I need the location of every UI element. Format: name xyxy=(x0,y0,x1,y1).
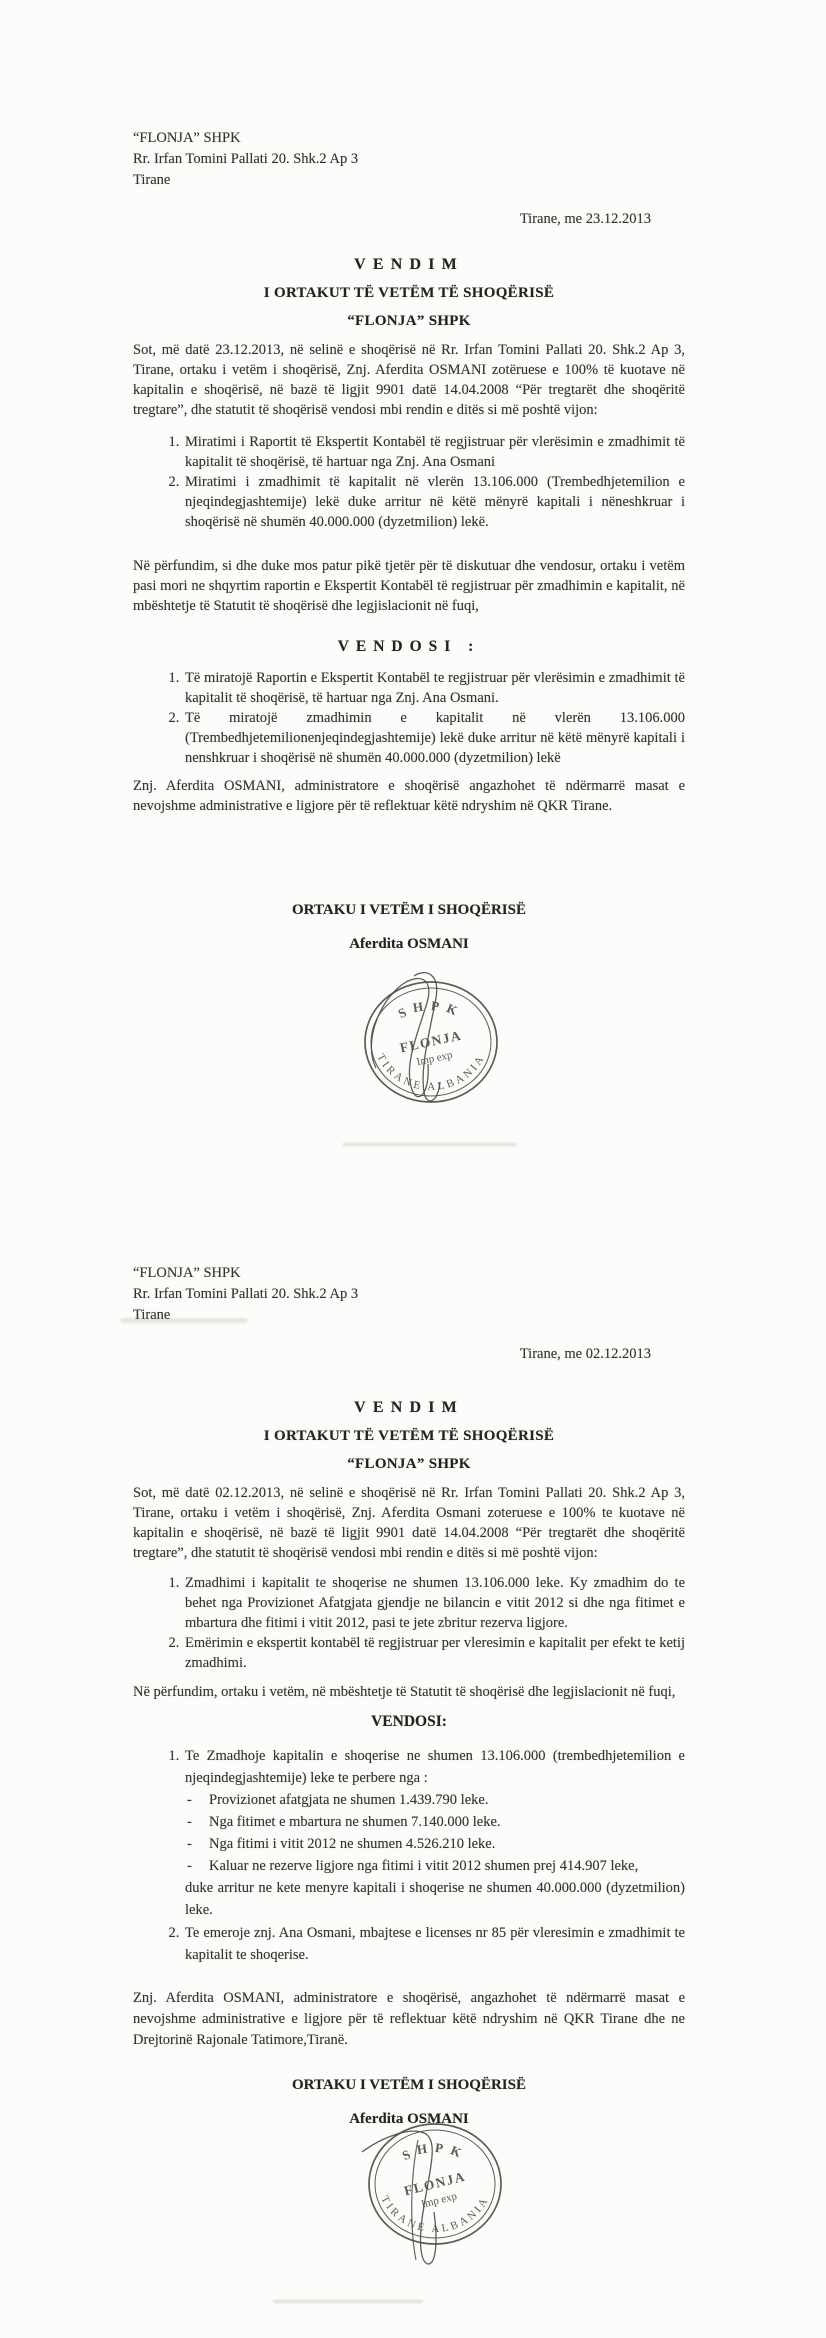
seal-top-text: SHPK xyxy=(396,998,467,1021)
document-subtitle: I ORTAKUT TË VETËM TË SHOQËRISË xyxy=(133,1426,685,1447)
scan-smudge xyxy=(343,1143,517,1146)
dateline: Tirane, me 23.12.2013 xyxy=(133,209,685,230)
decision-tail: duke arritur ne kete menyre kapitali i s… xyxy=(185,1877,685,1921)
seal-activity-text: Imp exp xyxy=(416,1049,455,1068)
decision-subitem-text: Kaluar ne rezerve ligjore nga fitimi i v… xyxy=(209,1855,638,1877)
company-city: Tirane xyxy=(133,170,685,191)
decision-subitem-text: Nga fitimet e mbartura ne shumen 7.140.0… xyxy=(209,1811,501,1833)
company-seal-stamp: SHPK TIRANE ALBANIA FLONJA Imp exp xyxy=(360,2114,510,2264)
signatory-name: Aferdita OSMANI xyxy=(133,934,685,955)
company-seal-stamp: SHPK TIRANE ALBANIA FLONJA Imp exp xyxy=(356,972,506,1122)
scanned-decision-page: “FLONJA” SHPK Rr. Irfan Tomini Pallati 2… xyxy=(0,0,826,2338)
intro-paragraph: Sot, më datë 23.12.2013, në selinë e sho… xyxy=(133,340,685,420)
agenda-list: Miratimi i Raportit të Ekspertit Kontabë… xyxy=(133,432,685,532)
document-title: VENDIM xyxy=(133,1397,685,1419)
seal-outer-ring xyxy=(365,982,497,1102)
seal-inner-ring xyxy=(371,988,491,1096)
decision-lead: Te Zmadhoje kapitalin e shoqerise ne shu… xyxy=(185,1748,685,1786)
decision-subitem: - Provizionet afatgjata ne shumen 1.439.… xyxy=(187,1789,685,1811)
seal-bottom-text: TIRANE ALBANIA xyxy=(378,2194,491,2235)
administrator-note: Znj. Aferdita OSMANI, administratore e s… xyxy=(133,776,685,816)
document-title: VENDIM xyxy=(133,254,685,276)
scan-smudge xyxy=(273,2300,423,2303)
dateline: Tirane, me 02.12.2013 xyxy=(133,1344,685,1365)
decision-list: Të miratojë Raportin e Ekspertit Kontabë… xyxy=(133,668,685,768)
document-subtitle-company: “FLONJA” SHPK xyxy=(133,311,685,332)
svg-text:SHPK: SHPK xyxy=(396,998,467,1021)
decision-text: Te emeroje znj. Ana Osmani, mbajtese e l… xyxy=(185,1925,685,1963)
svg-text:TIRANE ALBANIA: TIRANE ALBANIA xyxy=(374,1052,487,1093)
signature-scribble xyxy=(414,973,440,1101)
company-name: “FLONJA” SHPK xyxy=(133,128,685,149)
seal-top-text: SHPK xyxy=(400,2140,471,2163)
seal-inner-ring xyxy=(375,2130,495,2238)
decision-subitem: - Nga fitimi i vitit 2012 ne shumen 4.52… xyxy=(187,1833,685,1855)
closing-intro: Në përfundim, ortaku i vetëm, në mbështe… xyxy=(133,1682,685,1702)
agenda-item: Zmadhimi i kapitalit te shoqerise ne shu… xyxy=(183,1573,685,1633)
seal-company-text: FLONJA xyxy=(403,2169,468,2199)
decision-item: Të miratojë Raportin e Ekspertit Kontabë… xyxy=(183,668,685,708)
signature-title: ORTAKU I VETËM I SHOQËRISË xyxy=(133,900,685,921)
dash-bullet: - xyxy=(187,1789,209,1811)
decision-subitem-text: Provizionet afatgjata ne shumen 1.439.79… xyxy=(209,1789,488,1811)
scan-smudge xyxy=(120,1318,248,1323)
decision-subitem: - Nga fitimet e mbartura ne shumen 7.140… xyxy=(187,1811,685,1833)
agenda-item: Emërimin e ekspertit kontabël të regjist… xyxy=(183,1633,685,1673)
seal-company-text: FLONJA xyxy=(399,1028,464,1056)
company-address: Rr. Irfan Tomini Pallati 20. Shk.2 Ap 3 xyxy=(133,1284,685,1305)
svg-text:SHPK: SHPK xyxy=(400,2140,471,2163)
seal-outer-ring xyxy=(369,2124,501,2244)
agenda-item: Miratimi i zmadhimit të kapitalit në vle… xyxy=(183,472,685,532)
administrator-note: Znj. Aferdita OSMANI, administratore e s… xyxy=(133,1988,685,2051)
decision-document-2: “FLONJA” SHPK Rr. Irfan Tomini Pallati 2… xyxy=(133,1263,685,2130)
decision-subitem-text: Nga fitimi i vitit 2012 ne shumen 4.526.… xyxy=(209,1833,495,1855)
decision-item: Te Zmadhoje kapitalin e shoqerise ne shu… xyxy=(183,1745,685,1921)
decision-heading: VENDOSI : xyxy=(133,636,685,658)
svg-text:TIRANE ALBANIA: TIRANE ALBANIA xyxy=(378,2194,491,2235)
decision-heading: VENDOSI: xyxy=(133,1711,685,1733)
signatory-name: Aferdita OSMANI xyxy=(133,2109,685,2130)
dash-bullet: - xyxy=(187,1833,209,1855)
decision-subitem: - Kaluar ne rezerve ligjore nga fitimi i… xyxy=(187,1855,685,1877)
signature-scribble xyxy=(371,979,428,1097)
decision-item: Te emeroje znj. Ana Osmani, mbajtese e l… xyxy=(183,1922,685,1966)
seal-bottom-text: TIRANE ALBANIA xyxy=(374,1052,487,1093)
closing-intro: Në përfundim, si dhe duke mos patur pikë… xyxy=(133,556,685,616)
decision-item: Të miratojë zmadhimin e kapitalit në vle… xyxy=(183,708,685,768)
seal-activity-text: Imp exp xyxy=(420,2190,459,2211)
letterhead: “FLONJA” SHPK Rr. Irfan Tomini Pallati 2… xyxy=(133,1263,685,1326)
signature-scribble xyxy=(362,2131,436,2264)
decision-document-1: “FLONJA” SHPK Rr. Irfan Tomini Pallati 2… xyxy=(133,128,685,955)
agenda-list: Zmadhimi i kapitalit te shoqerise ne shu… xyxy=(133,1573,685,1673)
document-subtitle-company: “FLONJA” SHPK xyxy=(133,1454,685,1475)
dash-bullet: - xyxy=(187,1811,209,1833)
company-name: “FLONJA” SHPK xyxy=(133,1263,685,1284)
dash-bullet: - xyxy=(187,1855,209,1877)
letterhead: “FLONJA” SHPK Rr. Irfan Tomini Pallati 2… xyxy=(133,128,685,191)
agenda-item: Miratimi i Raportit të Ekspertit Kontabë… xyxy=(183,432,685,472)
decision-list: Te Zmadhoje kapitalin e shoqerise ne shu… xyxy=(133,1745,685,1966)
signature-scribble xyxy=(412,2140,418,2260)
document-subtitle: I ORTAKUT TË VETËM TË SHOQËRISË xyxy=(133,283,685,304)
signature-title: ORTAKU I VETËM I SHOQËRISË xyxy=(133,2075,685,2096)
intro-paragraph: Sot, më datë 02.12.2013, në selinë e sho… xyxy=(133,1483,685,1563)
company-address: Rr. Irfan Tomini Pallati 20. Shk.2 Ap 3 xyxy=(133,149,685,170)
